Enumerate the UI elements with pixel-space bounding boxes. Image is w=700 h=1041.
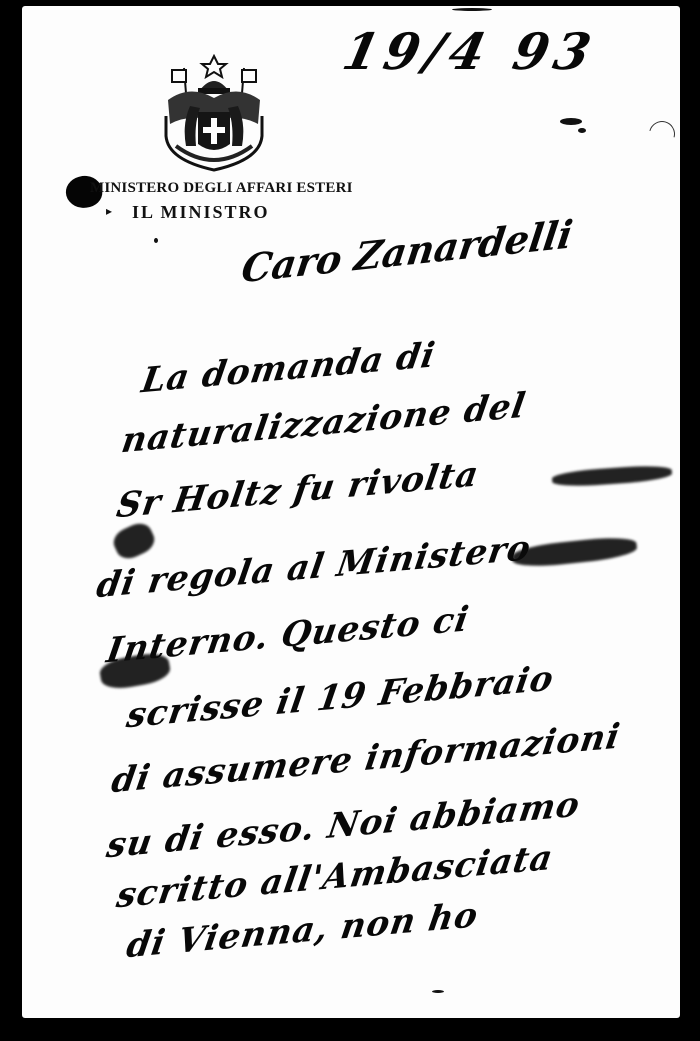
scan-speck <box>432 990 444 993</box>
scan-speck <box>452 8 492 11</box>
letter-page: MINISTERO DEGLI AFFARI ESTERI ▸ IL MINIS… <box>22 6 680 1018</box>
scan-speck <box>578 128 586 133</box>
body-line: di regola al Ministero <box>94 528 534 607</box>
salutation: Caro Zanardelli <box>239 211 576 292</box>
scan-scratch <box>644 116 680 152</box>
scan-speck <box>560 118 582 125</box>
letterhead-bullet-icon: ▸ <box>106 204 112 219</box>
body-line: scrisse il 19 Febbraio <box>124 658 557 736</box>
body-line: Sr Holtz fu rivolta <box>114 454 482 526</box>
scan-speck <box>154 238 158 243</box>
letterhead-ministry: MINISTERO DEGLI AFFARI ESTERI <box>90 180 353 197</box>
coat-of-arms-icon <box>160 54 268 172</box>
strikethrough-mark <box>552 464 673 488</box>
letterhead-minister: IL MINISTRO <box>132 202 270 223</box>
letter-date: 19/4 93 <box>338 22 602 81</box>
body-line: La domanda di <box>139 335 439 401</box>
